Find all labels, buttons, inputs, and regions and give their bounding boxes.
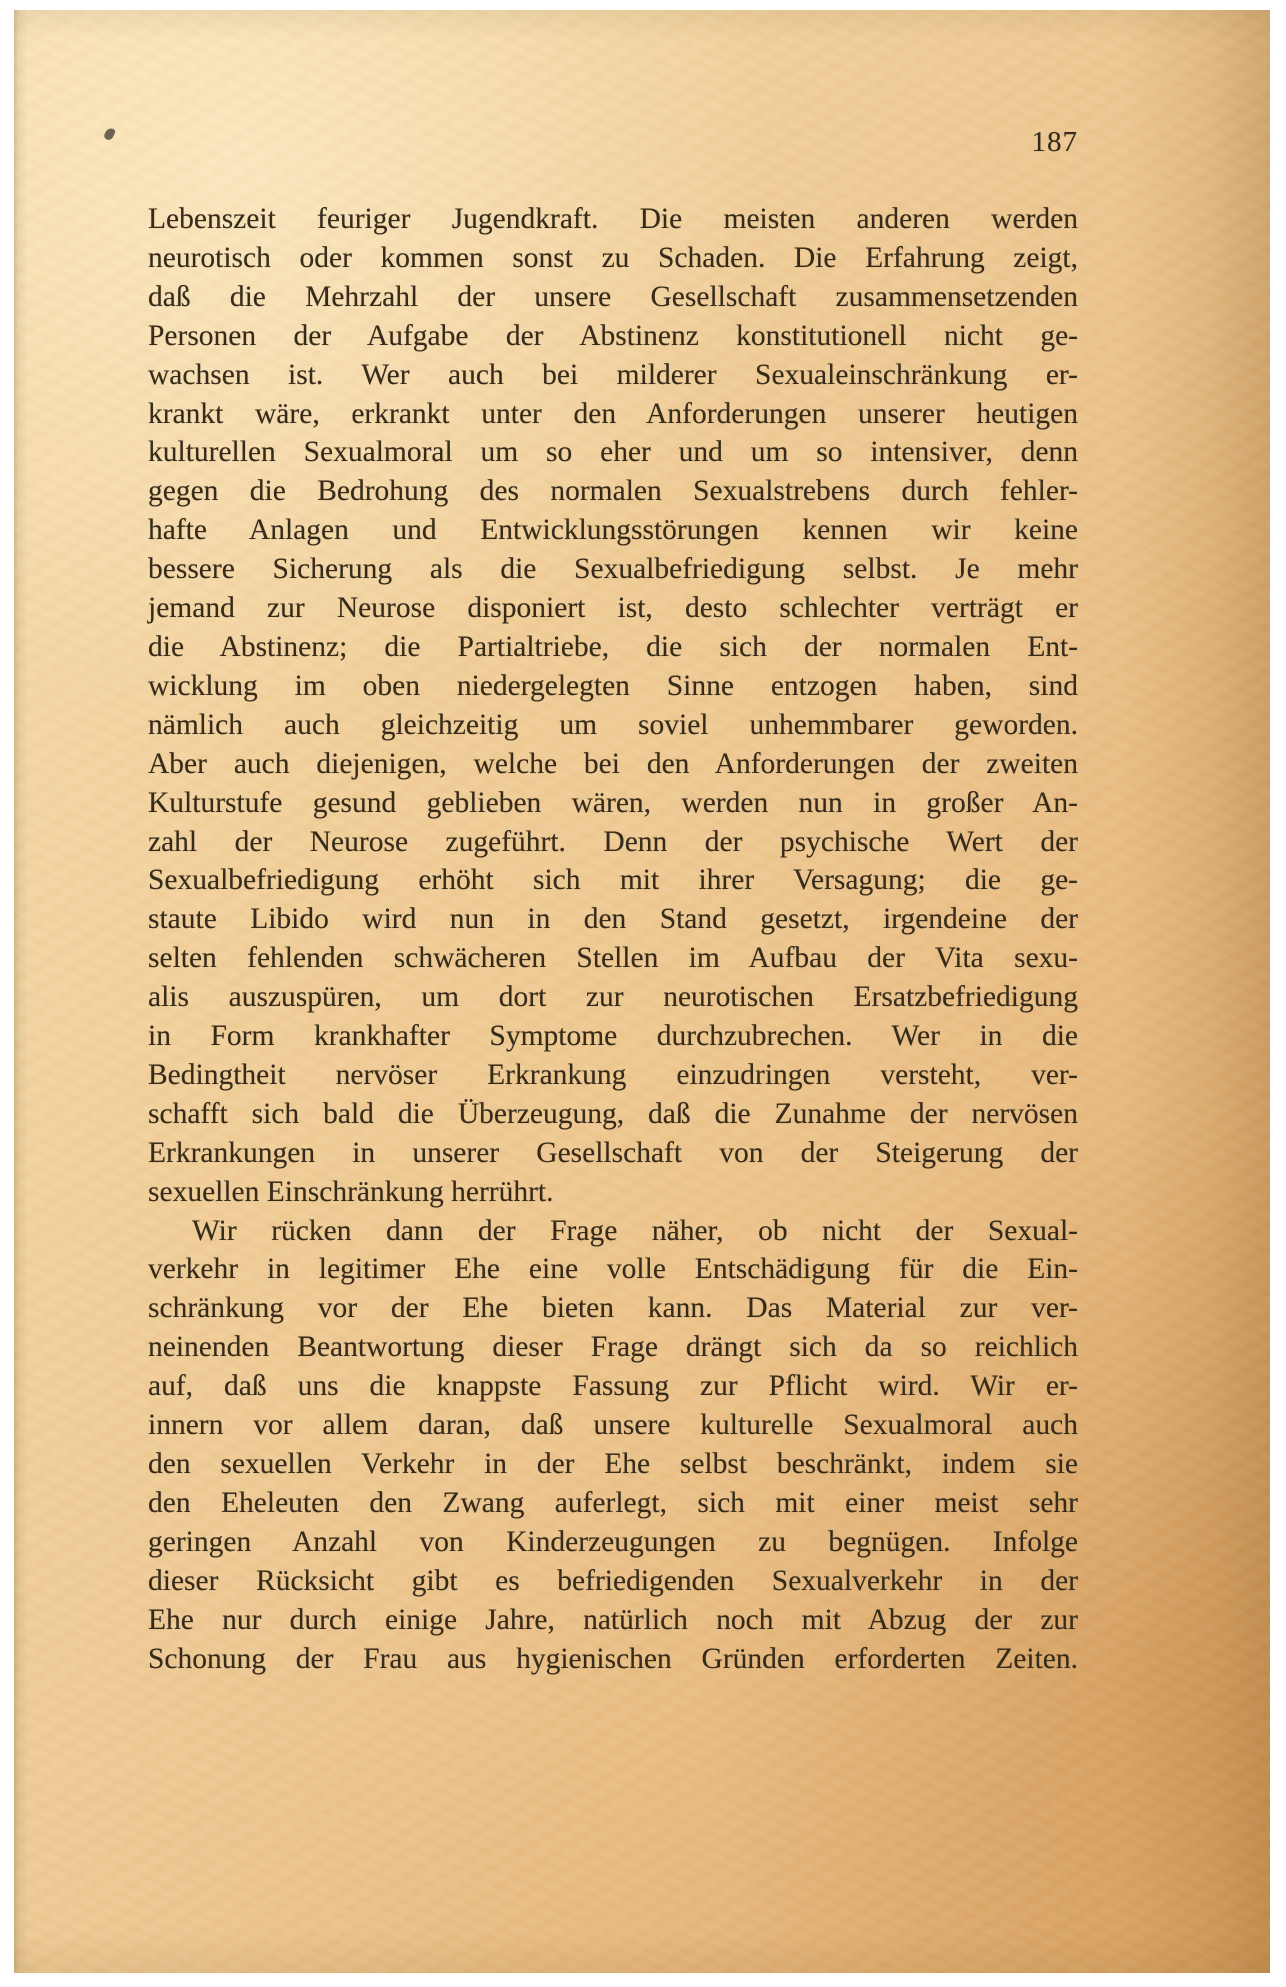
text-line: kulturellen Sexualmoral um so eher und u… <box>148 433 1078 472</box>
text-line: verkehr in legitimer Ehe eine volle Ents… <box>148 1250 1078 1289</box>
text-line: den Eheleuten den Zwang auferlegt, sich … <box>148 1484 1078 1523</box>
text-line: Erkrankungen in unserer Gesellschaft von… <box>148 1134 1078 1173</box>
text-line: schränkung vor der Ehe bieten kann. Das … <box>148 1289 1078 1328</box>
text-line: wachsen ist. Wer auch bei milderer Sexua… <box>148 356 1078 395</box>
paper-sheet: 187 Lebenszeit feuriger Jugendkraft. Die… <box>14 10 1270 1973</box>
text-line: Ehe nur durch einige Jahre, natürlich no… <box>148 1601 1078 1640</box>
text-line: neinenden Beantwortung dieser Frage drän… <box>148 1328 1078 1367</box>
text-line: bessere Sicherung als die Sexualbefriedi… <box>148 550 1078 589</box>
text-line: schafft sich bald die Überzeugung, daß d… <box>148 1095 1078 1134</box>
text-line: alis auszuspüren, um dort zur neurotisch… <box>148 978 1078 1017</box>
text-line: innern vor allem daran, daß unsere kultu… <box>148 1406 1078 1445</box>
ink-speck <box>103 127 116 142</box>
text-line: Schonung der Frau aus hygienischen Gründ… <box>148 1640 1078 1679</box>
text-line: die Abstinenz; die Partialtriebe, die si… <box>148 628 1078 667</box>
text-line: den sexuellen Verkehr in der Ehe selbst … <box>148 1445 1078 1484</box>
text-line: hafte Anlagen und Entwicklungsstörungen … <box>148 511 1078 550</box>
text-line: geringen Anzahl von Kinderzeugungen zu b… <box>148 1523 1078 1562</box>
text-line: Sexualbefriedigung erhöht sich mit ihrer… <box>148 861 1078 900</box>
text-line: Aber auch diejenigen, welche bei den Anf… <box>148 745 1078 784</box>
text-line: daß die Mehrzahl der unsere Gesellschaft… <box>148 278 1078 317</box>
text-line: wicklung im oben niedergelegten Sinne en… <box>148 667 1078 706</box>
text-line: selten fehlenden schwächeren Stellen im … <box>148 939 1078 978</box>
text-line: dieser Rücksicht gibt es befriedigenden … <box>148 1562 1078 1601</box>
text-line: Kulturstufe gesund geblieben wären, werd… <box>148 784 1078 823</box>
text-line: Lebenszeit feuriger Jugendkraft. Die mei… <box>148 200 1078 239</box>
text-line: staute Libido wird nun in den Stand gese… <box>148 900 1078 939</box>
text-line: gegen die Bedrohung des normalen Sexuals… <box>148 472 1078 511</box>
page-text: Lebenszeit feuriger Jugendkraft. Die mei… <box>148 200 1078 1678</box>
text-line: jemand zur Neurose disponiert ist, desto… <box>148 589 1078 628</box>
text-line: Bedingtheit nervöser Erkrankung einzudri… <box>148 1056 1078 1095</box>
page-number: 187 <box>148 126 1078 159</box>
text-line: krankt wäre, erkrankt unter den Anforder… <box>148 395 1078 434</box>
text-line: in Form krankhafter Symptome durchzubrec… <box>148 1017 1078 1056</box>
scanned-book-page: 187 Lebenszeit feuriger Jugendkraft. Die… <box>0 0 1286 1987</box>
text-line: Wir rücken dann der Frage näher, ob nich… <box>148 1212 1078 1251</box>
text-line: neurotisch oder kommen sonst zu Schaden.… <box>148 239 1078 278</box>
text-line: sexuellen Einschränkung herrührt. <box>148 1173 1078 1212</box>
text-line: Personen der Aufgabe der Abstinenz konst… <box>148 317 1078 356</box>
text-line: auf, daß uns die knappste Fassung zur Pf… <box>148 1367 1078 1406</box>
text-line: zahl der Neurose zugeführt. Denn der psy… <box>148 823 1078 862</box>
text-line: nämlich auch gleichzeitig um soviel unhe… <box>148 706 1078 745</box>
